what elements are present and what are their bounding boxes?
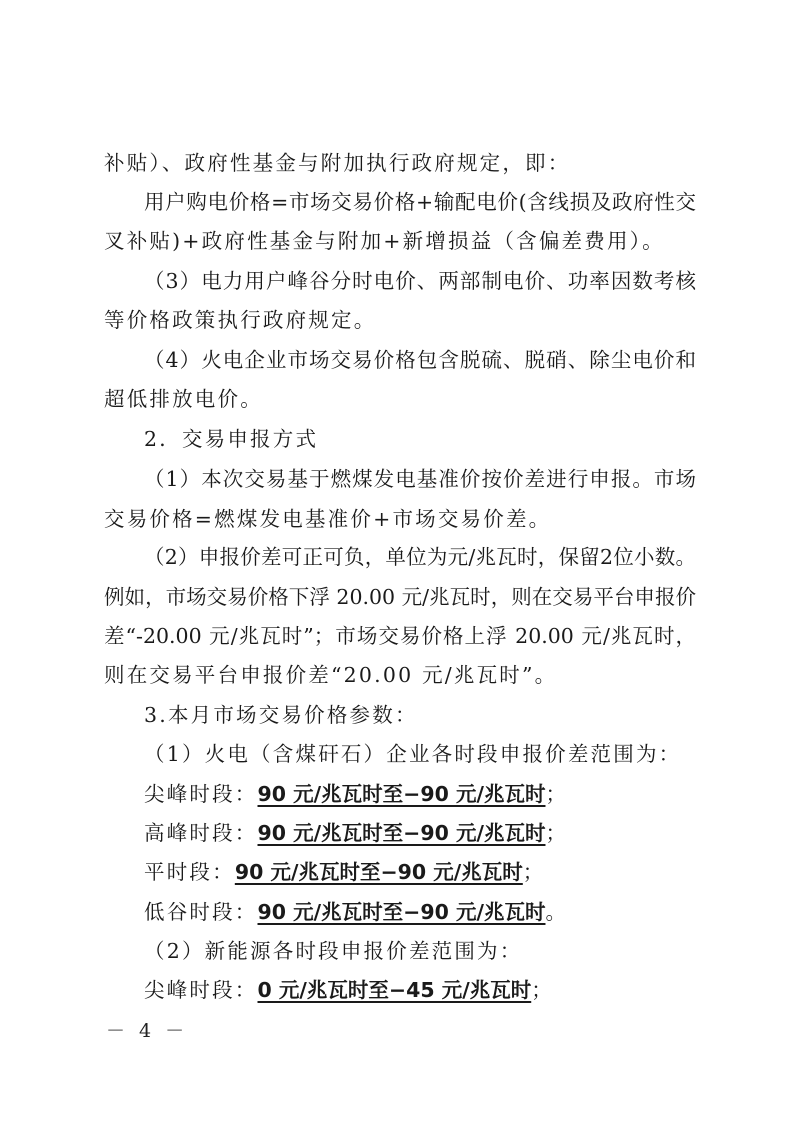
period-label: 尖峰时段： [144,782,258,806]
section-2-item-1-cont: 交易价格=燃煤发电基准价+市场交易价差。 [104,507,696,531]
period-label: 高峰时段： [144,821,258,845]
punctuation: ； [545,782,568,806]
price-range: 90 元/兆瓦时至−90 元/兆瓦时 [258,821,546,845]
formula-line-cont: 叉补贴)+政府性基金与附加+新增损益（含偏差费用）。 [104,229,696,253]
document-page: 补贴）、政府性基金与附加执行政府规定，即： 用户购电价格=市场交易价格+输配电价… [0,0,794,1123]
period-label: 尖峰时段： [144,978,258,1002]
punctuation: ； [545,821,568,845]
section-2-item-1: （1）本次交易基于燃煤发电基准价按价差进行申报。市场 [144,467,696,491]
price-range: 90 元/兆瓦时至−90 元/兆瓦时 [258,900,546,924]
item-3-line: （3）电力用户峰谷分时电价、两部制电价、功率因数考核 [144,269,696,293]
paragraph-line: 补贴）、政府性基金与附加执行政府规定，即： [104,151,696,175]
period-label: 低谷时段： [144,900,258,924]
page-number: － 4 － [106,1016,188,1043]
section-2-item-2: （2）申报价差可正可负，单位为元/兆瓦时，保留2位小数。 [144,545,696,569]
punctuation: ； [531,978,554,1002]
thermal-ranges-heading: （1）火电（含煤矸石）企业各时段申报价差范围为： [144,742,736,766]
section-2-heading: 2．交易申报方式 [144,427,736,451]
price-range: 0 元/兆瓦时至−45 元/兆瓦时 [258,978,532,1002]
price-range: 90 元/兆瓦时至−90 元/兆瓦时 [258,782,546,806]
section-2-item-2-cont: 例如，市场交易价格下浮 20.00 元/兆瓦时，则在交易平台申报价 [104,585,696,609]
section-3-heading: 3.本月市场交易价格参数： [144,703,736,727]
item-3-line-cont: 等价格政策执行政府规定。 [104,308,696,332]
section-2-item-2-cont: 差“-20.00 元/兆瓦时”；市场交易价格上浮 20.00 元/兆瓦时， [104,624,696,648]
renewable-ranges-heading: （2）新能源各时段申报价差范围为： [144,939,736,963]
formula-line: 用户购电价格=市场交易价格+输配电价(含线损及政府性交 [144,190,696,214]
period-label: 平时段： [144,860,235,884]
thermal-range-flat: 平时段：90 元/兆瓦时至−90 元/兆瓦时； [144,860,736,884]
punctuation: ； [523,860,546,884]
section-2-item-2-cont: 则在交易平台申报价差“20.00 元/兆瓦时”。 [104,663,696,687]
thermal-range-high: 高峰时段：90 元/兆瓦时至−90 元/兆瓦时； [144,821,736,845]
thermal-range-peak: 尖峰时段：90 元/兆瓦时至−90 元/兆瓦时； [144,782,736,806]
punctuation: 。 [545,900,568,924]
item-4-line-cont: 超低排放电价。 [104,387,696,411]
renewable-range-peak: 尖峰时段：0 元/兆瓦时至−45 元/兆瓦时； [144,978,736,1002]
thermal-range-valley: 低谷时段：90 元/兆瓦时至−90 元/兆瓦时。 [144,900,736,924]
item-4-line: （4）火电企业市场交易价格包含脱硫、脱硝、除尘电价和 [144,348,696,372]
price-range: 90 元/兆瓦时至−90 元/兆瓦时 [235,860,523,884]
